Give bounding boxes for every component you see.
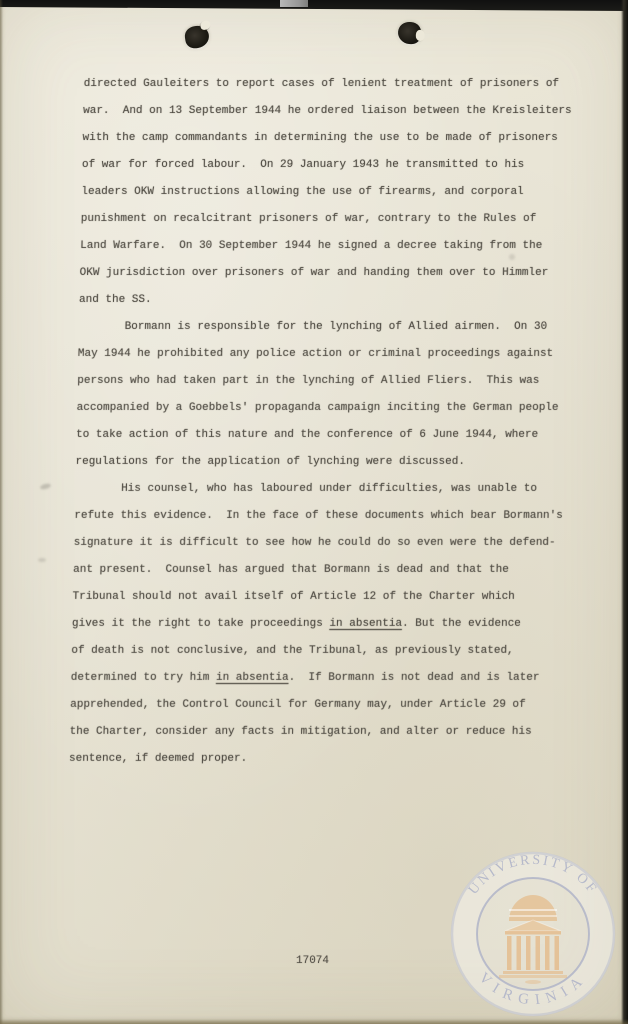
text-line: and the SS. [79,287,596,314]
text-line: persons who had taken part in the lynchi… [77,368,594,395]
underlined-text: in absentia [329,618,402,630]
text-line: leaders OKW instructions allowing the us… [81,179,598,206]
text-line: ant present. Counsel has argued that Bor… [73,557,590,584]
text-line: Land Warfare. On 30 September 1944 he si… [80,233,597,260]
text-line: directed Gauleiters to report cases of l… [83,71,600,98]
text-line: sentence, if deemed proper. [69,746,586,773]
scan-left-edge [0,0,3,1024]
text-line: regulations for the application of lynch… [75,449,592,476]
text-line: the Charter, consider any facts in mitig… [69,719,586,746]
scan-right-edge [621,0,628,1024]
text-line: war. And on 13 September 1944 he ordered… [83,98,600,125]
text-line: Bormann is responsible for the lynching … [78,314,595,341]
text-line: of war for forced labour. On 29 January … [82,152,599,179]
text-line: His counsel, who has laboured under diff… [75,476,592,503]
text-line: to take action of this nature and the co… [76,422,593,449]
text-line: OKW jurisdiction over prisoners of war a… [79,260,596,287]
text-line: May 1944 he prohibited any police action… [78,341,595,368]
text-line: with the camp commandants in determining… [82,125,599,152]
text-line: refute this evidence. In the face of the… [74,503,591,530]
underlined-text: in absentia [216,672,289,684]
text-line: signature it is difficult to see how he … [73,530,590,557]
text-line: gives it the right to take proceedings i… [72,611,589,638]
text-line: Tribunal should not avail itself of Arti… [72,584,589,611]
typed-text: directed Gauleiters to report cases of l… [69,71,600,773]
university-of-virginia-watermark: UNIVERSITY OF VIRGINIA [450,851,616,1017]
text-line: apprehended, the Control Council for Ger… [70,692,587,719]
text-line: accompanied by a Goebbels' propaganda ca… [76,395,593,422]
text-line: of death is not conclusive, and the Trib… [71,638,588,665]
scan-top-notch [280,0,308,7]
text-line: determined to try him in absentia. If Bo… [70,665,587,692]
text-line: punishment on recalcitrant prisoners of … [80,206,597,233]
page-number: 17074 [296,955,329,967]
scan-bottom-edge [0,1019,628,1024]
pencil-smudge [38,558,46,562]
